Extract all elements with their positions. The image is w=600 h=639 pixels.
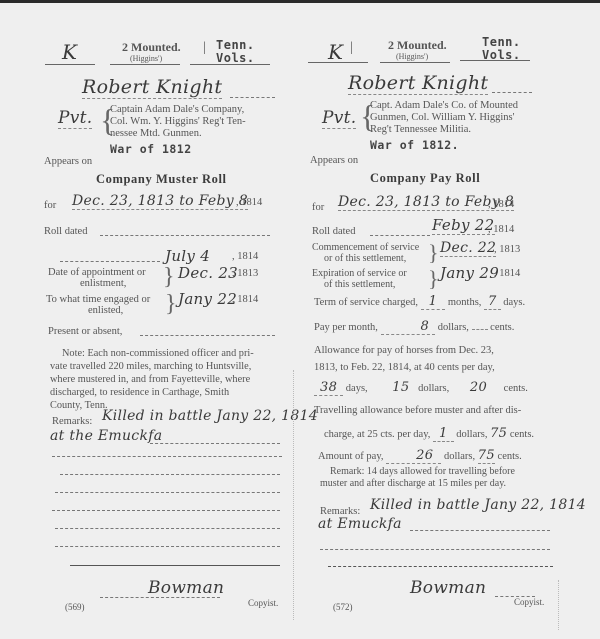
unit-line-1: Capt. Adam Dale's Co. of Mounted xyxy=(370,100,518,111)
unit-line-2: Col. Wm. Y. Higgins' Reg't Ten- xyxy=(110,116,246,127)
appointment-value: Dec. 23 xyxy=(178,264,238,282)
pay-roll-card: K | 2 Mounted. (Higgins') Tenn. Vols. Ro… xyxy=(300,0,600,639)
travel-allowance: charge, at 25 cts. per day, 1 dollars, 7… xyxy=(324,426,534,441)
commencement-label: Commencement of service xyxy=(312,242,419,253)
expiration-value: Jany 29 xyxy=(440,264,499,282)
commencement-value: Dec. 22 xyxy=(440,240,496,257)
copyist-label: Copyist. xyxy=(514,597,544,607)
remarks-line-1: Killed in battle Jany 22, 1814 xyxy=(102,408,318,424)
page-number: (572) xyxy=(333,602,353,612)
for-label: for xyxy=(312,202,324,213)
engaged-value: Jany 22 xyxy=(178,290,237,308)
appears-on-label: Appears on xyxy=(310,155,358,166)
roll-dated-label: Roll dated xyxy=(44,226,87,237)
for-year: , 1814 xyxy=(488,199,514,210)
soldier-rank: Pvt. xyxy=(58,108,92,129)
allowance-line-2: 1813, to Feb. 22, 1814, at 40 cents per … xyxy=(314,362,495,373)
for-label: for xyxy=(44,200,56,211)
copyist-signature: Bowman xyxy=(148,578,224,598)
muster-roll-card: K 2 Mounted. (Higgins') | Tenn. Vols. Ro… xyxy=(0,0,300,639)
copyist-signature: Bowman xyxy=(410,578,486,598)
roll-dated-value: July 4 xyxy=(165,247,210,265)
remark-note-line-1: Remark: 14 days allowed for travelling b… xyxy=(330,466,515,477)
roll-dated-value: Feby 22 xyxy=(432,216,495,235)
pay-per-month: Pay per month, 8 dollars, cents. xyxy=(314,319,514,334)
remark-note-line-2: muster and after discharge at 15 miles p… xyxy=(320,478,506,489)
present-absent-label: Present or absent, xyxy=(48,326,122,337)
soldier-name: Robert Knight xyxy=(82,76,222,99)
page-number: (569) xyxy=(65,602,85,612)
unit-line-2: Gunmen, Col. William Y. Higgins' xyxy=(370,112,515,123)
regiment-commander: (Higgins') xyxy=(130,54,162,63)
state: Tenn. xyxy=(482,35,521,49)
roll-dated-year: , 1814 xyxy=(488,224,514,235)
card-letter: K xyxy=(328,40,343,64)
amount-of-pay: Amount of pay, 26 dollars, 75 cents. xyxy=(318,448,522,463)
roll-dated-year: , 1814 xyxy=(232,251,258,262)
allowance-amount: 38 days, 15 dollars, 20 cents. xyxy=(314,380,528,395)
unit-line-3: nessee Mtd. Gunmen. xyxy=(110,128,202,139)
regiment: 2 Mounted. xyxy=(122,40,181,55)
war-label: War of 1812 xyxy=(110,142,192,156)
travel-note: Note: Each non-commissioned officer and … xyxy=(50,347,254,412)
remarks-label: Remarks: xyxy=(52,416,92,427)
roll-dated-label: Roll dated xyxy=(312,226,355,237)
for-value: Dec. 23, 1813 to Feby 8 xyxy=(72,193,248,210)
remarks-line-1: Killed in battle Jany 22, 1814 xyxy=(370,497,586,513)
appointment-year: , 1813 xyxy=(232,268,258,279)
roll-title: Company Pay Roll xyxy=(370,171,480,186)
term-of-service: Term of service charged, 1 months, 7 day… xyxy=(314,294,525,309)
remarks-line-2: at Emuckfa xyxy=(318,516,402,532)
regiment: 2 Mounted. xyxy=(388,38,447,53)
for-year: , 1814 xyxy=(236,197,262,208)
card-letter: K xyxy=(62,40,77,64)
state-type: Vols. xyxy=(216,51,255,65)
soldier-rank: Pvt. xyxy=(322,108,356,129)
unit-line-1: Captain Adam Dale's Company, xyxy=(110,104,244,115)
divider-bar: | xyxy=(203,40,206,56)
remarks-line-2: at the Emuckfa xyxy=(50,428,162,444)
expiration-label: Expiration of service or xyxy=(312,268,407,279)
roll-title: Company Muster Roll xyxy=(96,172,227,187)
appointment-label: Date of appointment or xyxy=(48,267,146,278)
expiration-year: , 1814 xyxy=(494,268,520,279)
unit-line-3: Reg't Tennessee Militia. xyxy=(370,124,471,135)
engaged-label: To what time engaged or xyxy=(46,294,150,305)
state: Tenn. xyxy=(216,38,255,52)
travel-line-1: Travelling allowance before muster and a… xyxy=(314,405,521,416)
copyist-label: Copyist. xyxy=(248,598,278,608)
war-label: War of 1812. xyxy=(370,138,459,152)
regiment-commander: (Higgins') xyxy=(396,52,428,61)
appears-on-label: Appears on xyxy=(44,156,92,167)
soldier-name: Robert Knight xyxy=(348,72,488,95)
commencement-year: , 1813 xyxy=(494,244,520,255)
engaged-year: , 1814 xyxy=(232,294,258,305)
allowance-line-1: Allowance for pay of horses from Dec. 23… xyxy=(314,345,494,356)
